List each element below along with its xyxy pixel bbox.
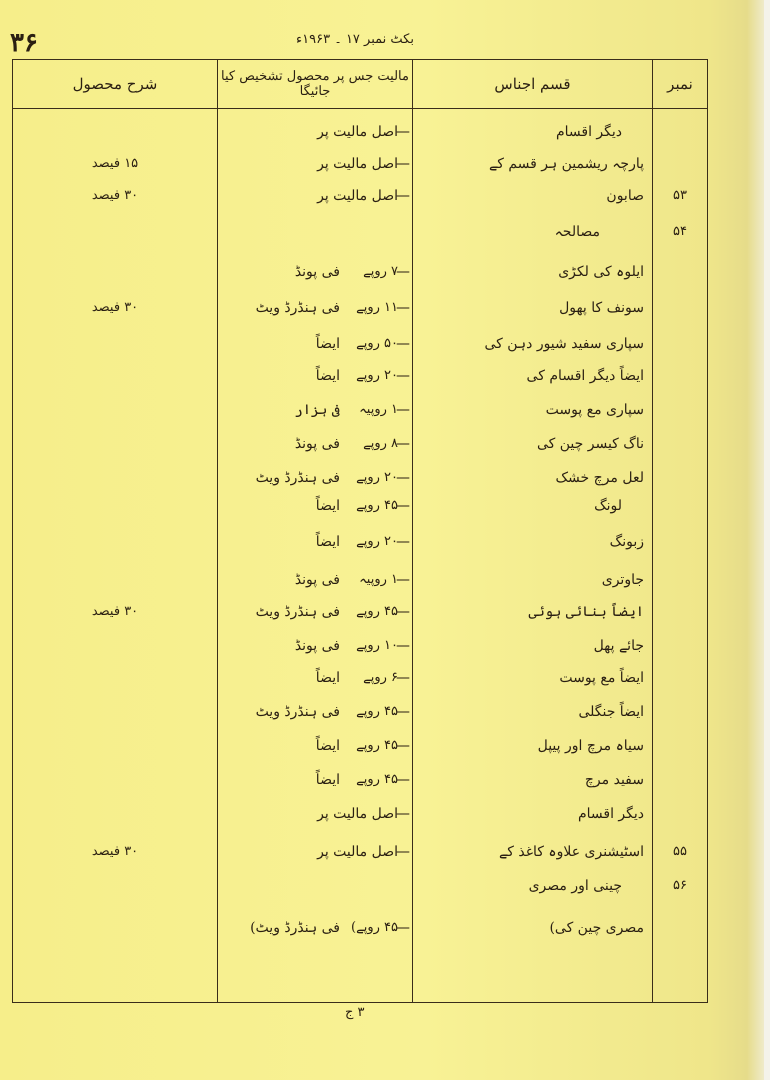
table-row-rate [218,217,412,247]
table-row-item: ایضاً مع پوست [413,663,652,693]
table-row-rate: —۱۰ روپےفی پونڈ [218,631,412,661]
duty-percent [13,257,217,287]
document-header-reference: بکٹ نمبر ۱۷ ۔ ۱۹۶۳ء [250,32,460,47]
row-number [653,565,707,595]
table-row-rate: —۴۵ روپےفی ہنڈرڈ ویٹ [218,597,412,627]
rate-unit: فی پونڈ [295,565,340,595]
table-row-rate: —۴۵ روپےفی ہنڈرڈ ویٹ [218,697,412,727]
rate-unit: فی ہنڈرڈ ویٹ [256,697,340,727]
dash-marker: — [396,329,410,359]
rate-unit: فی پونڈ [295,429,340,459]
table-row-rate: —اصل مالیت پر [218,837,412,867]
item-name: اسٹیشنری علاوہ کاغذ کے [499,837,644,867]
rate-amount: ۴۵ روپے [356,697,398,727]
table-row-rate: —۱ روپیہفی ہزار [218,395,412,425]
dash-marker: — [396,565,410,595]
item-name: زبونگ [610,527,644,557]
rate-amount: ۵۰ روپے [356,329,398,359]
table-row-rate: —اصل مالیت پر [218,117,412,147]
item-name: جاوتری [602,565,644,595]
rate-unit: فی پونڈ [295,257,340,287]
item-name: لعل مرچ خشک [556,463,644,493]
table-row-item: ایضاً دیگر اقسام کی [413,361,652,391]
dash-marker: — [396,149,410,179]
rate-unit: ایضاً [316,491,340,521]
rate-unit: فی ہنڈرڈ ویٹ [256,597,340,627]
row-number [653,361,707,391]
duty-percent: ۳۰ فیصد [13,293,217,323]
dash-marker: — [396,837,410,867]
item-name: سونف کا پھول [559,293,644,323]
table-header-row: نمبر قسم اجناس مالیت جس پر محصول تشخیص ک… [13,60,708,109]
item-name: سپاری سفید شیور دہن کی [484,329,644,359]
rate-unit: ایضاً [316,329,340,359]
table-row-item: پارچہ ریشمین ہر قسم کے [413,149,652,179]
table-row-rate: —۴۵ روپے)فی ہنڈرڈ ویٹ) [218,913,412,943]
footer-signature-mark: ۳ ج [345,1005,365,1020]
tariff-table: نمبر قسم اجناس مالیت جس پر محصول تشخیص ک… [12,59,708,1003]
row-number [653,765,707,795]
dash-marker: — [396,395,410,425]
table-row-rate: —۲۰ روپےایضاً [218,527,412,557]
table-row-rate: —۱ روپیہفی پونڈ [218,565,412,595]
table-row-rate: —۲۰ روپےفی ہنڈرڈ ویٹ [218,463,412,493]
rate-amount: ۶ روپے [363,663,398,693]
row-number [653,527,707,557]
duty-percent [13,697,217,727]
duty-percent: ۳۰ فیصد [13,837,217,867]
duty-percent [13,463,217,493]
table-row-item: مصری چین کی) [413,913,652,943]
item-name: سیاہ مرچ اور پیپل [538,731,644,761]
table-row-rate: —اصل مالیت پر [218,149,412,179]
duty-percent [13,361,217,391]
rate-unit: اصل مالیت پر [317,149,398,179]
table-row-item: سپاری مع پوست [413,395,652,425]
duty-percent [13,117,217,147]
duty-percent: ۳۰ فیصد [13,181,217,211]
item-name: جائے پھل [594,631,644,661]
item-name: سپاری مع پوست [546,395,644,425]
row-number [653,491,707,521]
rate-amount: ۷ روپے [363,257,398,287]
rate-amount: ۴۵ روپے [356,491,398,521]
table-row-rate [218,871,412,901]
rate-unit: ایضاً [316,765,340,795]
table-row-rate: —۶ روپےایضاً [218,663,412,693]
rate-amount: ۲۰ روپے [356,361,398,391]
duty-percent [13,799,217,829]
rate-unit: ایضاً [316,663,340,693]
table-row-rate: —۸ روپےفی پونڈ [218,429,412,459]
dash-marker: — [396,117,410,147]
rate-amount: ۴۵ روپے [356,765,398,795]
rate-unit: اصل مالیت پر [317,799,398,829]
table-row-item: مصالحہ [413,217,652,247]
dash-marker: — [396,181,410,211]
duty-percent [13,565,217,595]
rate-unit: اصل مالیت پر [317,181,398,211]
row-number [653,149,707,179]
rate-column: —اصل مالیت پر—اصل مالیت پر—اصل مالیت پر—… [218,109,413,1003]
table-row-rate: —۴۵ روپےایضاً [218,765,412,795]
scan-edge [764,0,770,1080]
dash-marker: — [396,799,410,829]
item-name: مصالحہ [555,217,600,247]
table-row-item: سپاری سفید شیور دہن کی [413,329,652,359]
rate-unit: فی ہنڈرڈ ویٹ [256,463,340,493]
duty-percent [13,663,217,693]
rate-unit: اصل مالیت پر [317,117,398,147]
duty-percent [13,527,217,557]
duty-percent [13,871,217,901]
row-number [653,395,707,425]
table-row-rate: —اصل مالیت پر [218,181,412,211]
table-row-rate: —۲۰ روپےایضاً [218,361,412,391]
item-name: مصری چین کی) [549,913,644,943]
table-row-item: اسٹیشنری علاوہ کاغذ کے [413,837,652,867]
dash-marker: — [396,361,410,391]
rate-unit: اصل مالیت پر [317,837,398,867]
row-number [653,731,707,761]
number-column: ۵۳۵۴۵۵۵۶ [653,109,708,1003]
duty-percent [13,731,217,761]
table-row-rate: —۵۰ روپےایضاً [218,329,412,359]
item-name: ایضاً دیگر اقسام کی [527,361,644,391]
dash-marker: — [396,913,410,943]
item-name: ناگ کیسر چین کی [537,429,644,459]
item-name: سفید مرچ [585,765,644,795]
duty-column: ۱۵ فیصد۳۰ فیصد۳۰ فیصد۳۰ فیصد۳۰ فیصد [13,109,218,1003]
duty-percent: ۳۰ فیصد [13,597,217,627]
duty-percent: ۱۵ فیصد [13,149,217,179]
table-row-item: چینی اور مصری [413,871,652,901]
row-number [653,913,707,943]
dash-marker: — [396,597,410,627]
dash-marker: — [396,463,410,493]
table-row-item: لونگ [413,491,652,521]
rate-unit: فی پونڈ [295,631,340,661]
table-row-item: سفید مرچ [413,765,652,795]
rate-amount: ۴۵ روپے [356,597,398,627]
table-row-rate: —۴۵ روپےایضاً [218,731,412,761]
item-name: ایلوہ کی لکڑی [558,257,644,287]
table-row-item: سونف کا پھول [413,293,652,323]
rate-unit: ایضاً [316,731,340,761]
scanned-document-page: ۳۶ بکٹ نمبر ۱۷ ۔ ۱۹۶۳ء نمبر قسم اجناس ما… [0,0,770,1080]
dash-marker: — [396,765,410,795]
item-name: ایضاً مع پوست [559,663,644,693]
table-row-rate: —۷ روپےفی پونڈ [218,257,412,287]
header-number: نمبر [653,60,708,109]
row-number [653,257,707,287]
rate-amount: ۱۰ روپے [356,631,398,661]
header-item-type: قسم اجناس [413,60,653,109]
dash-marker: — [396,663,410,693]
dash-marker: — [396,293,410,323]
item-name: ایضاً جنگلی [578,697,644,727]
row-number: ۵۳ [653,181,707,211]
dash-marker: — [396,429,410,459]
rate-amount: ۴۵ روپے [356,731,398,761]
table-row-item: ناگ کیسر چین کی [413,429,652,459]
row-number [653,697,707,727]
item-name: پارچہ ریشمین ہر قسم کے [489,149,644,179]
rate-amount: ۲۰ روپے [356,463,398,493]
table-row-item: دیگر اقسام [413,117,652,147]
duty-percent [13,631,217,661]
rate-unit: ایضاً [316,527,340,557]
table-row-item: ایلوہ کی لکڑی [413,257,652,287]
duty-percent [13,491,217,521]
duty-percent [13,913,217,943]
rate-amount: ۱ روپیہ [359,395,398,425]
dash-marker: — [396,697,410,727]
rate-amount: ۱ روپیہ [359,565,398,595]
row-number [653,329,707,359]
item-name: لونگ [594,491,622,521]
rate-unit: فی ہزار [295,395,340,425]
table-row-rate: —۴۵ روپےایضاً [218,491,412,521]
item-name: ایضاً بنائی ہوئی [528,597,644,627]
table-row-item: زبونگ [413,527,652,557]
header-duty-rate: شرح محصول [13,60,218,109]
header-rate-basis: مالیت جس پر محصول تشخیص کیا جائیگا [218,60,413,109]
row-number [653,597,707,627]
row-number [653,799,707,829]
rate-unit: ایضاً [316,361,340,391]
rate-amount: ۲۰ روپے [356,527,398,557]
rate-unit: فی ہنڈرڈ ویٹ [256,293,340,323]
duty-percent [13,429,217,459]
rate-amount: ۴۵ روپے) [351,913,398,943]
item-name: صابون [606,181,644,211]
duty-percent [13,395,217,425]
rate-amount: ۱۱ روپے [356,293,398,323]
row-number [653,631,707,661]
table-row-item: جائے پھل [413,631,652,661]
item-name: دیگر اقسام [578,799,644,829]
dash-marker: — [396,731,410,761]
row-number [653,429,707,459]
table-row-rate: —۱۱ روپےفی ہنڈرڈ ویٹ [218,293,412,323]
table-row-item: دیگر اقسام [413,799,652,829]
item-column: دیگر اقسامپارچہ ریشمین ہر قسم کےصابونمصا… [413,109,653,1003]
table-row-item: لعل مرچ خشک [413,463,652,493]
row-number [653,117,707,147]
duty-percent [13,765,217,795]
row-number [653,663,707,693]
dash-marker: — [396,257,410,287]
table-row-item: ایضاً جنگلی [413,697,652,727]
rate-unit: فی ہنڈرڈ ویٹ) [250,913,340,943]
item-name: چینی اور مصری [529,871,622,901]
table-row-item: صابون [413,181,652,211]
row-number [653,293,707,323]
table-row-rate: —اصل مالیت پر [218,799,412,829]
row-number: ۵۵ [653,837,707,867]
row-number: ۵۴ [653,217,707,247]
table-row-item: سیاہ مرچ اور پیپل [413,731,652,761]
duty-percent [13,217,217,247]
page-number: ۳۶ [10,28,38,58]
dash-marker: — [396,527,410,557]
row-number: ۵۶ [653,871,707,901]
dash-marker: — [396,491,410,521]
table-row-item: ایضاً بنائی ہوئی [413,597,652,627]
table-row-item: جاوتری [413,565,652,595]
item-name: دیگر اقسام [556,117,622,147]
dash-marker: — [396,631,410,661]
row-number [653,463,707,493]
duty-percent [13,329,217,359]
rate-amount: ۸ روپے [363,429,398,459]
